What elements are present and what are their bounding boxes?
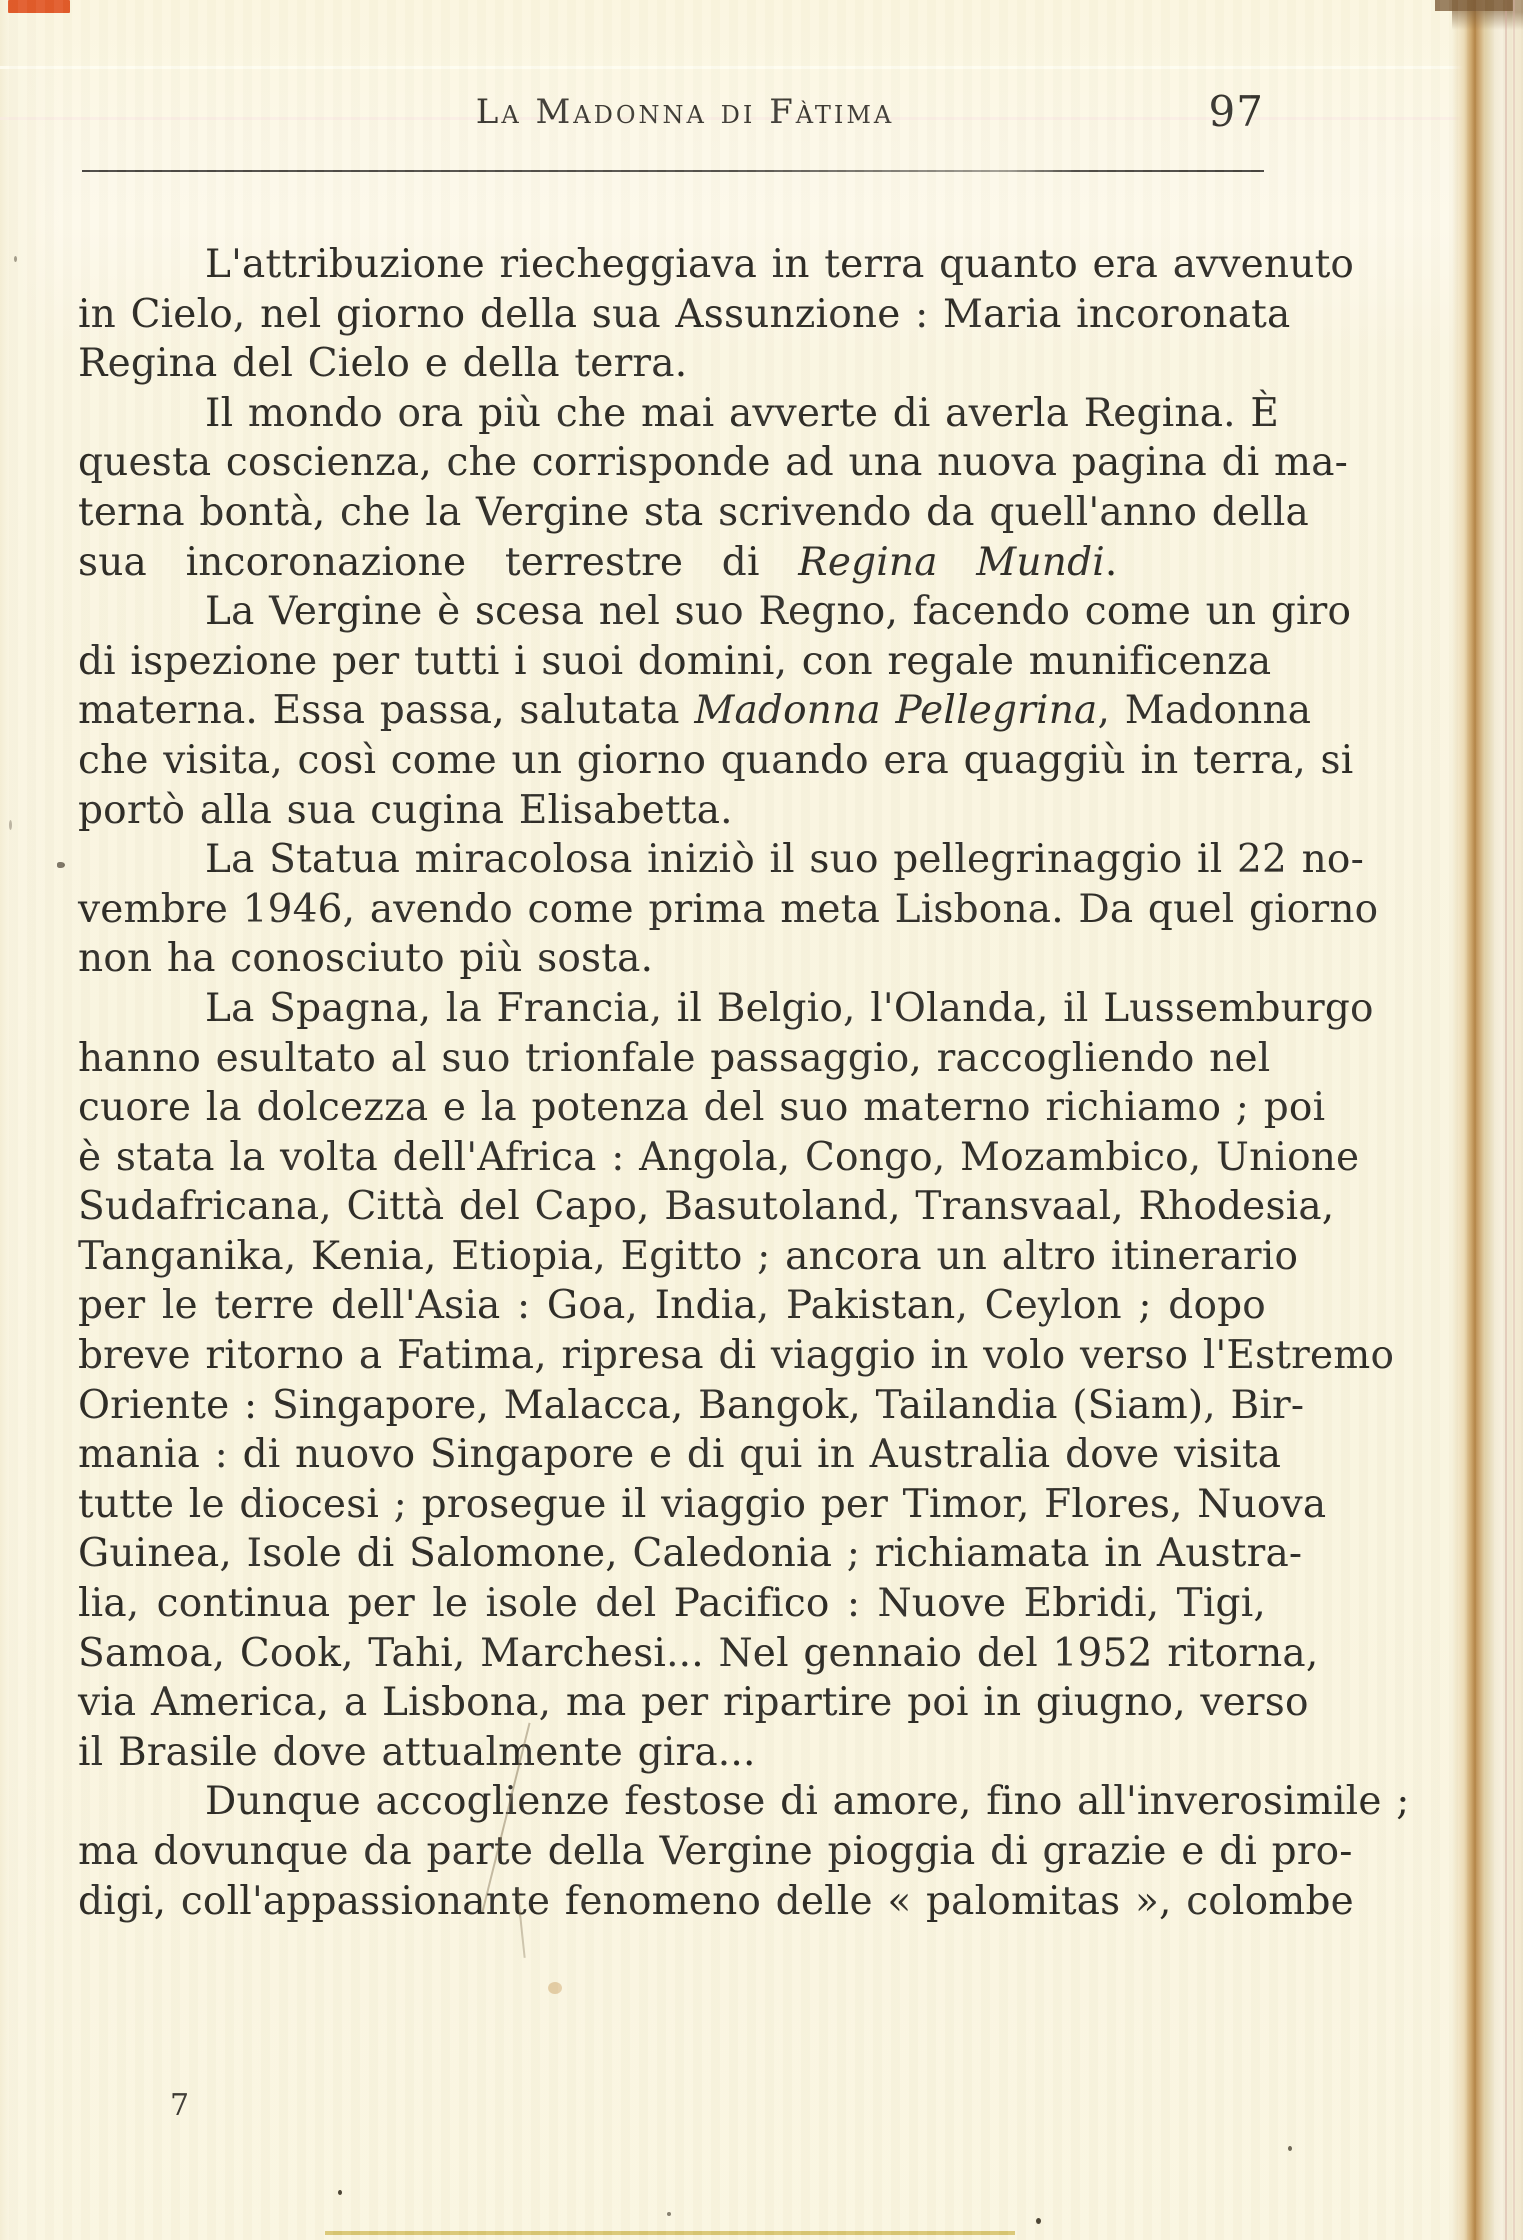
text-line: digi, coll'appassionante fenomeno delle … xyxy=(78,1877,1266,1927)
text-line: il Brasile dove attualmente gira... xyxy=(78,1728,1266,1778)
header-rule xyxy=(82,170,1264,172)
footer-signature-mark: 7 xyxy=(170,2088,189,2123)
ink-speck xyxy=(1288,2146,1292,2151)
text-line: via America, a Lisbona, ma per ripartire… xyxy=(78,1678,1266,1728)
ink-speck xyxy=(338,2190,342,2195)
text-line: Regina del Cielo e della terra. xyxy=(78,339,1266,389)
ink-speck xyxy=(667,2212,671,2216)
text-line: Samoa, Cook, Tahi, Marchesi... Nel genna… xyxy=(78,1629,1266,1679)
ink-speck xyxy=(1036,2218,1041,2224)
text-line: L'attribuzione riecheggiava in terra qua… xyxy=(78,240,1266,290)
text-line: La Spagna, la Francia, il Belgio, l'Olan… xyxy=(78,984,1266,1034)
page-header: La Madonna di Fàtima 97 xyxy=(80,92,1266,132)
ink-speck xyxy=(57,862,65,868)
text-line: Guinea, Isole di Salomone, Caledonia ; r… xyxy=(78,1529,1266,1579)
ink-speck xyxy=(9,820,12,830)
text-line: di ispezione per tutti i suoi domini, co… xyxy=(78,637,1266,687)
text-line: Dunque accoglienze festose di amore, fin… xyxy=(78,1777,1266,1827)
text-line: breve ritorno a Fatima, ripresa di viagg… xyxy=(78,1331,1266,1381)
text-line: Il mondo ora più che mai avverte di aver… xyxy=(78,389,1266,439)
text-line: terna bontà, che la Vergine sta scrivend… xyxy=(78,488,1266,538)
text-line: materna. Essa passa, salutata Madonna Pe… xyxy=(78,686,1266,736)
body-text: L'attribuzione riecheggiava in terra qua… xyxy=(78,240,1266,1926)
paper-stain xyxy=(548,1982,562,1994)
text-line: lia, continua per le isole del Pacifico … xyxy=(78,1579,1266,1629)
text-line: vembre 1946, avendo come prima meta Lisb… xyxy=(78,885,1266,935)
text-line: che visita, così come un giorno quando e… xyxy=(78,736,1266,786)
text-line: per le terre dell'Asia : Goa, India, Pak… xyxy=(78,1281,1266,1331)
text-line: cuore la dolcezza e la potenza del suo m… xyxy=(78,1083,1266,1133)
text-line: Sudafricana, Città del Capo, Basutoland,… xyxy=(78,1182,1266,1232)
text-line: ma dovunque da parte della Vergine piogg… xyxy=(78,1827,1266,1877)
text-line: non ha conosciuto più sosta. xyxy=(78,934,1266,984)
text-line: è stata la volta dell'Africa : Angola, C… xyxy=(78,1133,1266,1183)
ink-speck xyxy=(14,256,17,262)
text-line: La Statua miracolosa iniziò il suo pelle… xyxy=(78,835,1266,885)
text-line: Oriente : Singapore, Malacca, Bangok, Ta… xyxy=(78,1381,1266,1431)
text-line: mania : di nuovo Singapore e di qui in A… xyxy=(78,1430,1266,1480)
text-line: hanno esultato al suo trionfale passaggi… xyxy=(78,1034,1266,1084)
text-line: Tanganika, Kenia, Etiopia, Egitto ; anco… xyxy=(78,1232,1266,1282)
text-line: La Vergine è scesa nel suo Regno, facend… xyxy=(78,587,1266,637)
book-page-edge-strip xyxy=(1452,0,1523,2240)
top-right-edge-mark xyxy=(1435,0,1513,11)
running-title: La Madonna di Fàtima xyxy=(476,92,894,132)
scan-artifact-line xyxy=(0,66,1523,69)
text-line: tutte le diocesi ; prosegue il viaggio p… xyxy=(78,1480,1266,1530)
text-line: questa coscienza, che corrisponde ad una… xyxy=(78,438,1266,488)
page-number: 97 xyxy=(1209,87,1264,136)
bottom-scan-line xyxy=(325,2231,1015,2235)
orange-registration-mark xyxy=(8,0,70,13)
text-line: sua incoronazione terrestre di Regina Mu… xyxy=(78,538,1266,588)
text-line: in Cielo, nel giorno della sua Assunzion… xyxy=(78,290,1266,340)
scanned-book-page: La Madonna di Fàtima 97 L'attribuzione r… xyxy=(0,0,1523,2240)
text-line: portò alla sua cugina Elisabetta. xyxy=(78,786,1266,836)
